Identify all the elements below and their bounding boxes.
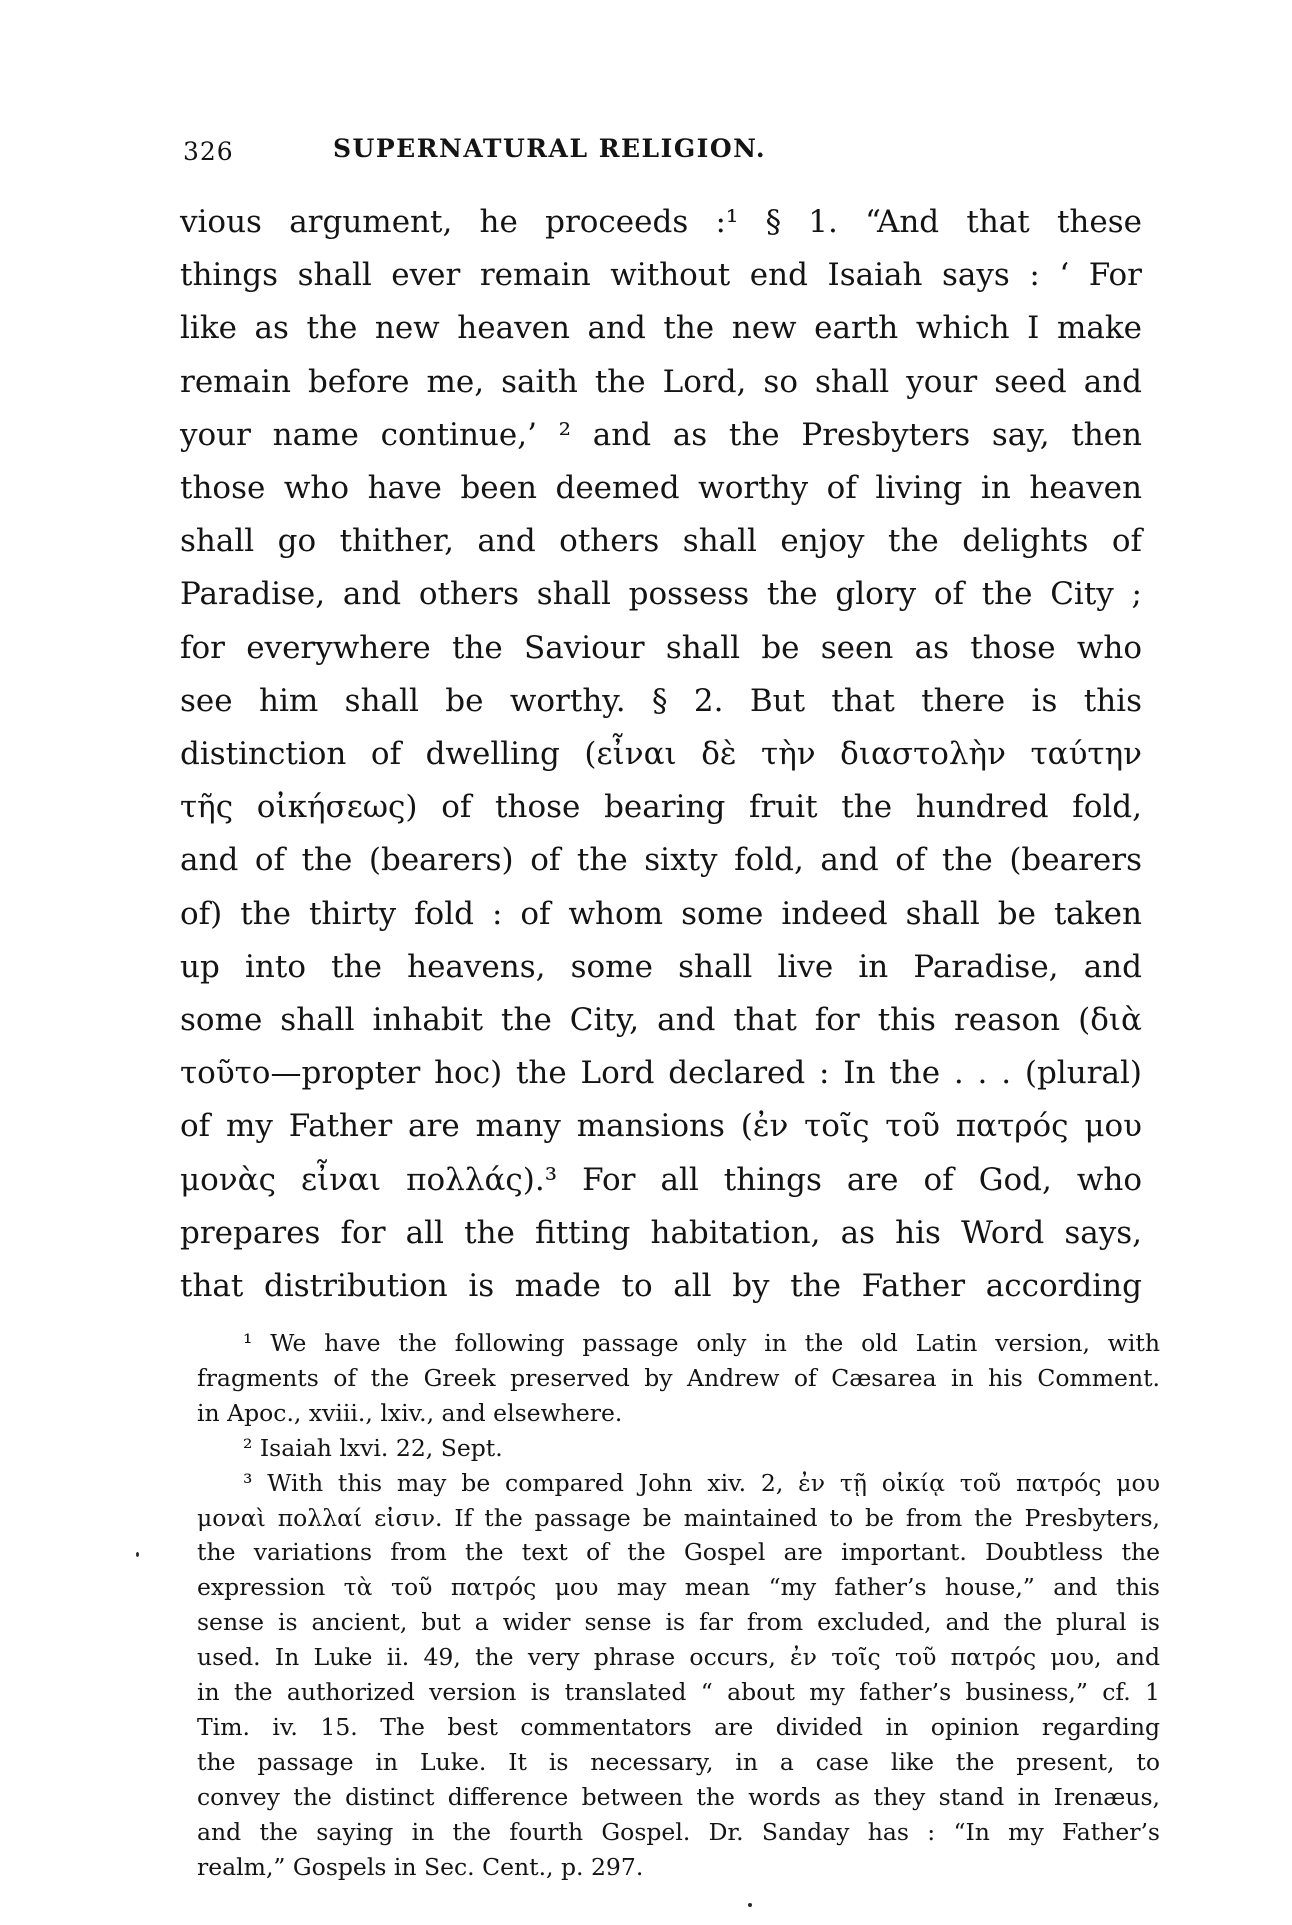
- scan-speck: [748, 1903, 752, 1907]
- body-text-line: your name continue,’ ² and as the Presby…: [180, 409, 1142, 462]
- body-text-line: and of the (bearers) of the sixty fold, …: [180, 834, 1142, 887]
- body-text-line: vious argument, he proceeds :¹ § 1. “And…: [180, 196, 1142, 249]
- body-text-line: that distribution is made to all by the …: [180, 1260, 1142, 1313]
- footnote-line: expression τὰ τοῦ πατρός μου may mean “m…: [197, 1570, 1160, 1605]
- page-number: 326: [183, 137, 234, 166]
- footnote-2: ² Isaiah lxvi. 22, Sept.: [197, 1431, 1160, 1466]
- body-text-line: μονὰς εἶναι πολλάς).³ For all things are…: [180, 1154, 1142, 1207]
- footnotes-block: ¹ We have the following passage only in …: [197, 1326, 1160, 1885]
- body-text-line: of) the thirty fold : of whom some indee…: [180, 888, 1142, 941]
- body-text-line: things shall ever remain without end Isa…: [180, 249, 1142, 302]
- body-text-line: those who have been deemed worthy of liv…: [180, 462, 1142, 515]
- footnote-line: in Apoc., xviii., lxiv., and elsewhere.: [197, 1396, 1160, 1431]
- footnote-line: the passage in Luke. It is necessary, in…: [197, 1745, 1160, 1780]
- body-text-line: shall go thither, and others shall enjoy…: [180, 515, 1142, 568]
- body-text-line: τοῦτο—propter hoc) the Lord declared : I…: [180, 1047, 1142, 1100]
- running-head: 326 SUPERNATURAL RELIGION.: [0, 132, 1292, 174]
- body-text-line: see him shall be worthy. § 2. But that t…: [180, 675, 1142, 728]
- footnote-line: the variations from the text of the Gosp…: [197, 1535, 1160, 1570]
- footnote-line: sense is ancient, but a wider sense is f…: [197, 1605, 1160, 1640]
- body-text-line: remain before me, saith the Lord, so sha…: [180, 356, 1142, 409]
- footnote-line: realm,” Gospels in Sec. Cent., p. 297.: [197, 1850, 1160, 1885]
- body-text-line: τῆς οἰκήσεως) of those bearing fruit the…: [180, 781, 1142, 834]
- body-text-line: of my Father are many mansions (ἐν τοῖς …: [180, 1100, 1142, 1153]
- book-page: 326 SUPERNATURAL RELIGION. vious argumen…: [0, 0, 1292, 1925]
- scan-speck: [136, 1552, 139, 1557]
- footnote-1: ¹ We have the following passage only in …: [197, 1326, 1160, 1431]
- footnote-line: Tim. iv. 15. The best commentators are d…: [197, 1710, 1160, 1745]
- footnote-line: in the authorized version is translated …: [197, 1675, 1160, 1710]
- footnote-line: and the saying in the fourth Gospel. Dr.…: [197, 1815, 1160, 1850]
- main-text-block: vious argument, he proceeds :¹ § 1. “And…: [180, 196, 1142, 1313]
- footnote-line: μοναὶ πολλαί εἰσιν. If the passage be ma…: [197, 1501, 1160, 1536]
- footnote-3: ³ With this may be compared John xiv. 2,…: [197, 1466, 1160, 1885]
- footnote-line: ² Isaiah lxvi. 22, Sept.: [197, 1431, 1160, 1466]
- body-text-line: like as the new heaven and the new earth…: [180, 302, 1142, 355]
- footnote-line: ³ With this may be compared John xiv. 2,…: [197, 1466, 1160, 1501]
- footnote-line: ¹ We have the following passage only in …: [197, 1326, 1160, 1361]
- body-text-line: some shall inhabit the City, and that fo…: [180, 994, 1142, 1047]
- footnote-line: fragments of the Greek preserved by Andr…: [197, 1361, 1160, 1396]
- body-text-line: for everywhere the Saviour shall be seen…: [180, 622, 1142, 675]
- footnote-line: convey the distinct difference between t…: [197, 1780, 1160, 1815]
- body-text-line: distinction of dwelling (εἶναι δὲ τὴν δι…: [180, 728, 1142, 781]
- body-text-line: Paradise, and others shall possess the g…: [180, 568, 1142, 621]
- body-text-line: up into the heavens, some shall live in …: [180, 941, 1142, 994]
- body-text-line: prepares for all the fitting habitation,…: [180, 1207, 1142, 1260]
- page-header-title: SUPERNATURAL RELIGION.: [333, 134, 766, 163]
- footnote-line: used. In Luke ii. 49, the very phrase oc…: [197, 1640, 1160, 1675]
